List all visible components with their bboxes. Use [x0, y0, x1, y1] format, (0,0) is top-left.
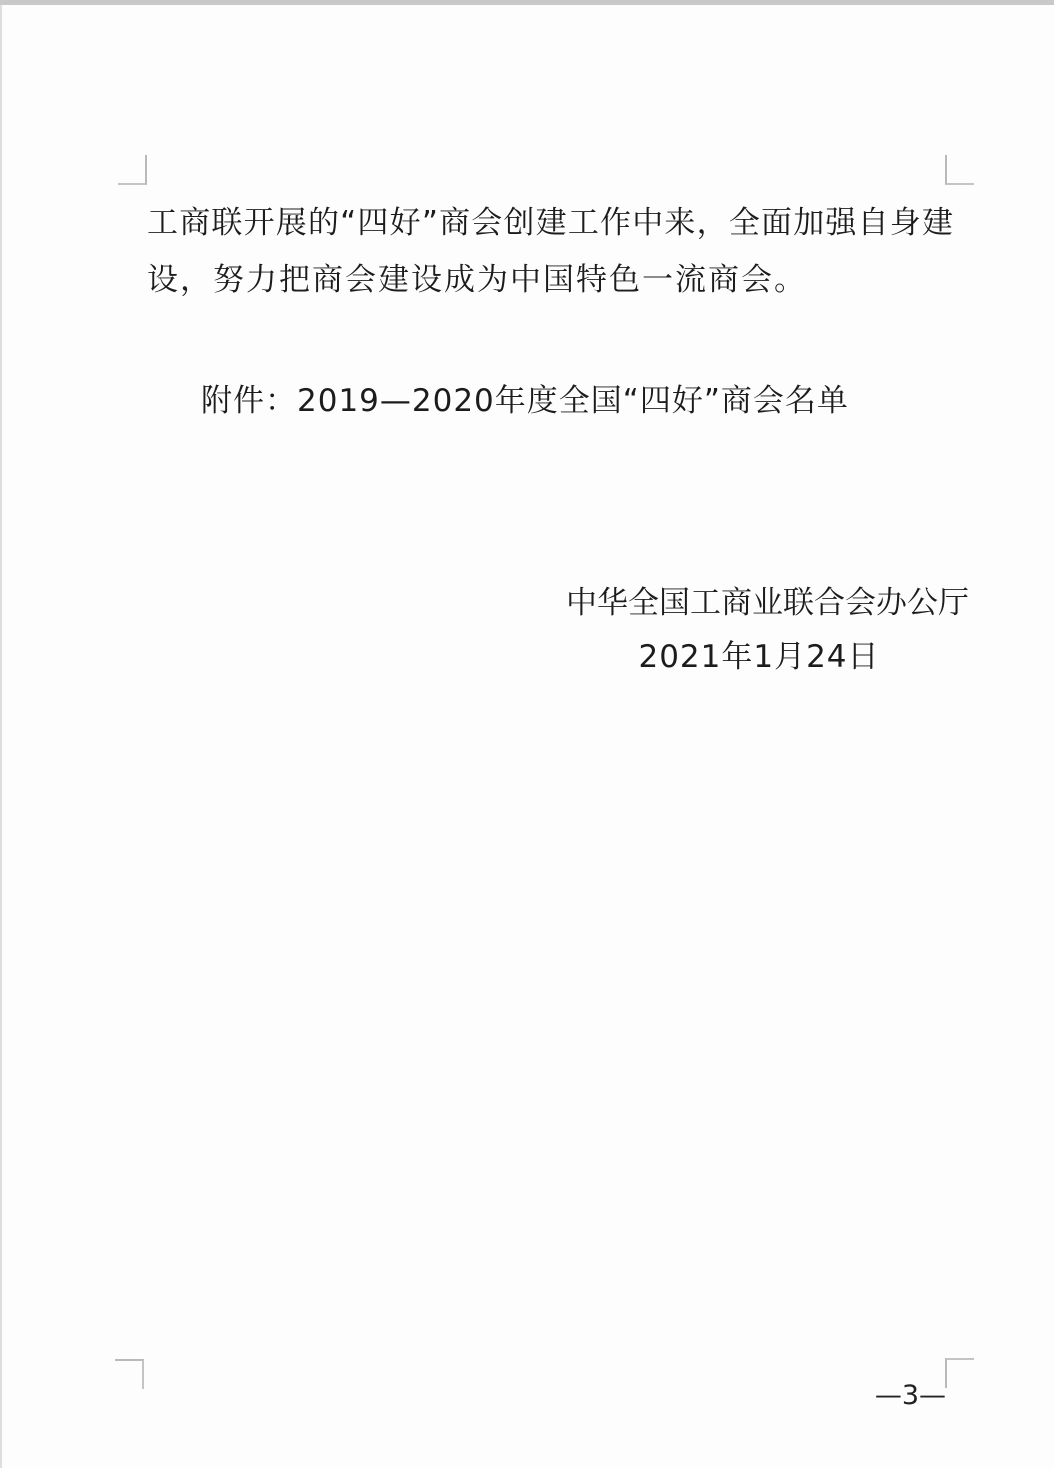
text-boundary-mark-bottom-left: [115, 1359, 144, 1389]
scan-top-edge-band: [0, 0, 1054, 5]
text-boundary-mark-top-left: [118, 155, 147, 185]
page-number: —3—: [875, 1380, 946, 1412]
signature-date: 2021年1月24日: [566, 635, 952, 679]
text-boundary-mark-bottom-right: [945, 1358, 974, 1388]
signature-organization: 中华全国工商业联合会办公厅: [566, 581, 952, 625]
text-boundary-mark-top-right: [945, 155, 974, 185]
scanned-document-page: { "page": { "background_color": "#fdfdfd…: [0, 0, 1054, 1468]
scan-left-edge-line: [0, 5, 2, 1468]
body-paragraph: 工商联开展的“四好”商会创建工作中来，全面加强自身建 设，努力把商会建设成为中国…: [147, 195, 953, 309]
attachment-line: 附件：2019—2020年度全国“四好”商会名单: [201, 379, 849, 423]
body-paragraph-line-2: 设，努力把商会建设成为中国特色一流商会。: [147, 252, 953, 309]
signature-block: 中华全国工商业联合会办公厅 2021年1月24日: [566, 581, 952, 679]
body-paragraph-line-1: 工商联开展的“四好”商会创建工作中来，全面加强自身建: [147, 195, 953, 252]
